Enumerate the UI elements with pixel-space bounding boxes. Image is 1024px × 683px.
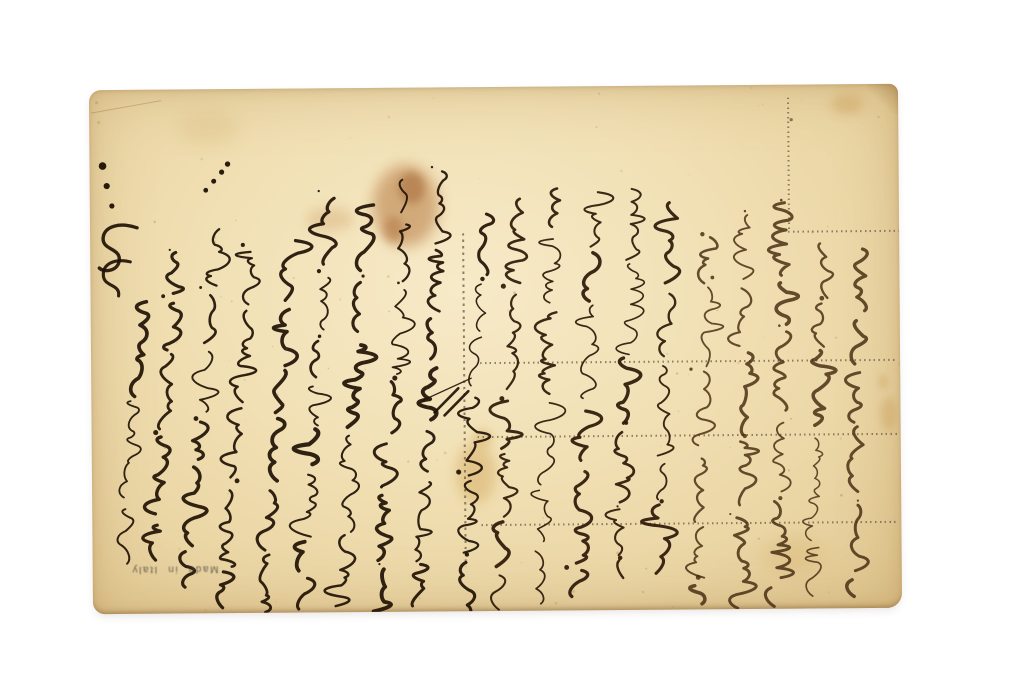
handwriting-stroke: [183, 467, 207, 546]
handwriting-stroke: [392, 290, 416, 374]
handwriting-stroke: [812, 304, 824, 347]
ink-dot: [758, 537, 761, 540]
ink-dot: [241, 243, 245, 247]
ink-dot: [898, 362, 901, 365]
ink-dot: [555, 602, 558, 605]
handwriting-stroke: [428, 250, 444, 311]
handwriting-stroke: [570, 570, 588, 596]
ink-dot: [215, 237, 217, 239]
handwriting-stroke: [309, 198, 336, 264]
handwriting-stroke: [274, 371, 287, 413]
ink-dot: [339, 298, 341, 300]
ink-dot: [618, 556, 623, 561]
ink-dot: [539, 468, 540, 469]
ink-dot: [285, 348, 287, 350]
handwriting-stroke: [204, 295, 216, 343]
handwriting-stroke: [812, 350, 837, 425]
handwriting-stroke: [310, 341, 319, 377]
ink-dot: [689, 368, 692, 371]
ink-dot: [444, 452, 447, 455]
handwriting-stroke: [374, 444, 397, 486]
ink-dot: [176, 342, 178, 344]
ink-dot: [407, 460, 409, 462]
handwriting-stroke: [535, 312, 557, 394]
handwriting-stroke: [606, 509, 624, 555]
handwriting-stroke: [686, 527, 705, 578]
ink-dot: [479, 178, 480, 179]
handwriting-stroke: [572, 411, 602, 461]
handwriting-stroke: [117, 509, 133, 564]
handwriting-stroke: [309, 386, 331, 425]
handwriting-stroke: [220, 490, 235, 566]
ink-dot: [827, 591, 830, 594]
handwriting-stroke: [506, 295, 521, 389]
ink-dot: [466, 379, 468, 381]
ink-dot: [677, 410, 679, 412]
handwriting-stroke: [158, 354, 174, 429]
handwriting-stroke: [257, 491, 278, 551]
ink-dot: [507, 309, 510, 312]
ink-dot: [229, 360, 230, 361]
handwriting-stroke: [324, 535, 355, 606]
handwriting-stroke: [535, 403, 566, 485]
ink-dot: [778, 324, 781, 327]
handwriting-stroke: [549, 188, 560, 226]
handwriting-stroke: [458, 481, 478, 553]
handwriting-stroke: [460, 562, 475, 614]
ink-dot: [227, 90, 228, 91]
ink-dot: [689, 174, 690, 175]
ink-dot: [645, 568, 647, 570]
ink-dot: [317, 269, 321, 273]
ink-dot: [790, 118, 793, 121]
ink-dot: [214, 241, 216, 243]
ink-dot: [660, 446, 662, 448]
ink-dot: [666, 353, 668, 355]
ink-dot: [164, 447, 166, 449]
handwriting-stroke: [576, 305, 599, 398]
ink-dot: [104, 183, 110, 189]
handwriting-stroke: [539, 239, 561, 303]
ink-dot: [788, 469, 790, 471]
handwriting-stroke: [220, 408, 242, 477]
ink-dot: [763, 337, 764, 338]
handwriting-stroke: [583, 253, 601, 301]
ink-dot: [819, 296, 824, 301]
handwriting-stroke: [617, 358, 641, 423]
handwriting-stroke: [847, 580, 854, 597]
ink-dot: [153, 430, 158, 435]
ink-dot: [544, 239, 546, 241]
handwriting-stroke: [773, 423, 791, 492]
ink-dot: [835, 337, 837, 339]
handwriting-stroke: [692, 371, 715, 445]
handwriting-stroke: [373, 569, 391, 611]
handwriting-stroke: [353, 282, 361, 331]
handwriting-stroke: [657, 464, 667, 500]
ink-dot: [97, 121, 100, 124]
ink-dot: [564, 565, 569, 570]
ink-dot: [231, 300, 233, 302]
handwriting-stroke: [119, 401, 142, 497]
handwriting-stroke: [206, 229, 230, 286]
ink-dot: [456, 469, 461, 474]
handwriting-stroke: [805, 548, 821, 597]
ink-dot: [203, 188, 208, 193]
ink-dot: [521, 562, 522, 563]
ink-dot: [857, 499, 859, 501]
ink-dot: [585, 534, 587, 536]
ink-dot: [245, 419, 247, 421]
ink-dot: [292, 548, 293, 549]
ink-dot: [346, 224, 347, 225]
handwriting-stroke: [391, 382, 401, 433]
ink-dot: [387, 275, 390, 278]
ink-dot: [227, 493, 228, 494]
ink-dot: [431, 166, 433, 168]
ink-dot: [200, 158, 203, 161]
handwriting-stroke: [531, 490, 551, 541]
ink-dot: [676, 528, 677, 529]
handwriting-stroke: [616, 264, 645, 355]
handwriting-stroke: [740, 353, 758, 435]
ink-dot: [717, 310, 719, 312]
ink-dot: [840, 437, 843, 440]
ink-dot: [169, 249, 171, 251]
handwriting-stroke: [818, 243, 833, 298]
ink-dot: [272, 346, 273, 347]
ink-dot: [622, 567, 623, 568]
ink-dot: [881, 127, 882, 128]
handwriting-stroke: [734, 215, 754, 279]
ink-dot: [350, 137, 351, 138]
handwriting-stroke: [701, 287, 724, 366]
ink-dot: [743, 434, 747, 438]
handwriting-svg: [89, 84, 902, 614]
handwriting-stroke: [617, 560, 623, 578]
ink-dot: [583, 471, 586, 474]
handwriting-stroke: [444, 391, 468, 415]
handwriting-stroke: [289, 475, 317, 537]
handwriting-stroke: [398, 224, 410, 281]
handwriting-stroke: [657, 366, 674, 456]
handwriting-stroke: [280, 240, 312, 300]
ink-dot: [480, 277, 485, 282]
handwriting-stroke: [729, 518, 756, 609]
ink-dot: [388, 311, 390, 313]
handwriting-stroke: [475, 284, 485, 331]
ink-dot: [419, 597, 421, 599]
ink-dot: [387, 116, 390, 119]
handwriting-stroke: [297, 578, 315, 609]
ink-dot: [709, 356, 710, 357]
ink-dot: [700, 232, 704, 236]
handwriting-stroke: [490, 401, 522, 449]
ink-dot: [650, 220, 652, 222]
ink-dot: [617, 507, 619, 509]
handwriting-stroke: [584, 192, 613, 247]
ink-dot: [572, 590, 575, 593]
handwriting-stroke: [491, 575, 506, 609]
handwriting-stroke: [776, 283, 799, 325]
ink-dot: [501, 284, 506, 289]
ink-dot: [596, 126, 598, 128]
ink-dot: [750, 87, 752, 89]
ink-dot: [318, 190, 320, 192]
handwriting-stroke: [356, 205, 374, 271]
ink-dot: [860, 164, 861, 165]
handwriting-stroke: [845, 373, 861, 423]
handwriting-stroke: [478, 214, 494, 275]
ink-dot: [840, 494, 843, 497]
ink-dot: [801, 100, 802, 101]
ink-dot: [99, 162, 107, 170]
ink-dot: [161, 294, 165, 298]
ink-dot: [276, 601, 277, 602]
handwriting-stroke: [458, 398, 490, 476]
ink-dot: [778, 496, 782, 500]
ink-dot: [790, 418, 792, 420]
handwriting-stroke: [130, 302, 149, 397]
ink-dot: [696, 575, 701, 580]
ink-dot: [730, 447, 731, 448]
handwriting-stroke: [641, 505, 677, 574]
ink-dot: [710, 276, 714, 280]
ink-dot: [361, 274, 364, 277]
handwriting-stroke: [655, 203, 680, 283]
ink-dot: [109, 203, 114, 208]
handwriting-stroke: [344, 345, 377, 427]
ink-dot: [811, 231, 814, 234]
handwriting-stroke: [144, 437, 171, 514]
ink-dot: [624, 421, 628, 425]
ink-dot: [877, 116, 879, 118]
photo-background: Made in Italy: [0, 0, 1024, 683]
handwriting-stroke: [229, 311, 256, 402]
handwriting-stroke: [320, 278, 331, 330]
ink-dot: [191, 379, 193, 381]
ink-dot: [734, 462, 735, 463]
handwriting-stroke: [400, 180, 408, 213]
ink-dot: [598, 93, 600, 95]
ink-dot: [642, 591, 644, 593]
handwriting-stroke: [236, 252, 260, 305]
handwriting-stroke: [192, 422, 208, 459]
handwriting-stroke: [535, 551, 545, 604]
ink-dot: [827, 225, 829, 227]
ink-dot: [543, 517, 545, 519]
handwriting-stroke: [575, 472, 592, 564]
handwriting-stroke: [434, 388, 458, 412]
made-in-italy-imprint: Made in Italy: [125, 563, 225, 575]
ink-dot: [737, 362, 740, 365]
handwriting-stroke: [260, 555, 271, 612]
ink-dot: [672, 606, 673, 607]
ink-dot: [688, 374, 689, 375]
handwriting-stroke: [773, 332, 791, 411]
handwriting-stroke: [269, 419, 285, 481]
handwriting-stroke: [738, 441, 759, 505]
handwriting-stroke: [376, 495, 392, 560]
handwriting-stroke: [294, 542, 304, 571]
ink-dot: [205, 609, 207, 611]
ink-dot: [510, 317, 512, 319]
ink-dot: [744, 210, 747, 213]
paper-crease: [91, 101, 161, 114]
ink-dot: [780, 199, 783, 202]
ink-dot: [378, 563, 380, 565]
handwriting-stroke: [690, 586, 705, 604]
ink-dot: [616, 551, 619, 554]
handwriting-stroke: [802, 438, 823, 540]
handwriting-stroke: [771, 501, 793, 577]
handwriting-stroke: [851, 321, 867, 364]
handwriting-stroke: [294, 429, 319, 464]
ink-dot: [762, 104, 763, 105]
handwriting-stroke: [615, 432, 635, 502]
handwriting-stroke: [435, 171, 451, 243]
ink-dot: [512, 298, 514, 300]
handwriting-stroke: [505, 199, 527, 283]
handwriting-stroke: [415, 482, 432, 561]
handwriting-stroke: [420, 431, 434, 471]
handwriting-stroke: [626, 189, 645, 260]
handwriting-stroke: [427, 319, 435, 359]
ink-dot: [676, 372, 678, 374]
ink-dot: [293, 277, 295, 279]
ink-dot: [227, 483, 228, 484]
ink-dot: [318, 335, 322, 339]
handwriting-stroke: [340, 436, 360, 532]
handwriting-stroke: [657, 294, 676, 356]
ink-dot: [758, 105, 759, 106]
handwriting-stroke: [694, 459, 708, 522]
ink-dot: [499, 396, 504, 401]
handwriting-stroke: [167, 252, 184, 293]
handwriting-stroke: [412, 564, 429, 606]
ink-dot: [729, 513, 731, 515]
ink-dot: [225, 161, 230, 166]
ink-dot: [276, 393, 279, 396]
ink-dot: [433, 98, 434, 99]
ink-dot: [220, 296, 221, 297]
ink-dot: [513, 291, 516, 294]
ink-dot: [95, 101, 98, 104]
handwriting-stroke: [192, 352, 218, 412]
ink-dot: [380, 485, 383, 488]
ink-dot: [153, 221, 156, 224]
ink-dot: [328, 368, 329, 369]
ink-dot: [392, 375, 397, 380]
handwriting-stroke: [851, 505, 868, 571]
ink-dot: [235, 478, 240, 483]
handwriting-stroke: [768, 203, 792, 276]
handwriting-stroke: [765, 588, 774, 607]
handwriting-stroke: [854, 249, 867, 311]
handwriting-stroke: [848, 427, 864, 492]
ink-dot: [199, 286, 202, 289]
handwriting-stroke: [698, 237, 718, 283]
ink-dot: [436, 459, 437, 460]
handwriting-stroke: [143, 525, 161, 560]
ink-dot: [659, 499, 663, 503]
handwriting-stroke: [493, 522, 509, 567]
handwriting-stroke: [728, 288, 752, 346]
ink-dot: [235, 219, 237, 221]
handwriting-stroke: [99, 225, 137, 271]
ink-dot: [364, 369, 365, 370]
ink-dot: [194, 416, 199, 421]
ink-dot: [706, 198, 707, 199]
ink-dot: [211, 179, 216, 184]
ink-dot: [465, 553, 469, 557]
ink-dot: [219, 170, 224, 175]
ink-dot: [178, 547, 181, 550]
ink-dot: [244, 379, 246, 381]
ink-dot: [620, 170, 622, 172]
handwriting-stroke: [273, 309, 297, 365]
handwriting-stroke: [163, 303, 181, 350]
handwriting-stroke: [217, 572, 235, 608]
postcard: Made in Italy: [89, 84, 902, 614]
handwriting-stroke: [498, 454, 518, 517]
ink-dot: [397, 282, 400, 285]
